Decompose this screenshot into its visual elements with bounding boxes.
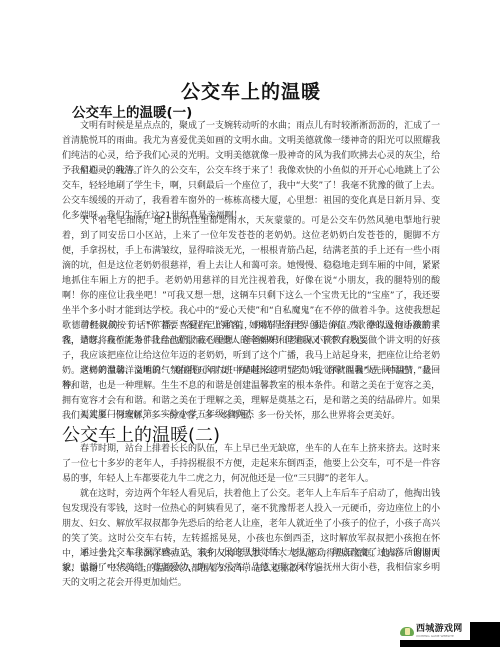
watermark-text: 西城游戏网 XICHENG GAME WEBSITE	[416, 624, 463, 638]
leaf-logo-icon	[400, 625, 414, 637]
paragraph-8: 通过坐公交车我深深感动了，家乡人民的思想觉悟大大提高了，彻底改变了过去落后的旧面…	[62, 546, 440, 591]
paragraph-text: 春节时期，站台上排着长长的队伍，车上早已坐无缺席，坐车的人在车上挤来挤去。这时来…	[62, 442, 440, 487]
document-title: 公交车上的温暖	[62, 77, 440, 104]
watermark-subtitle: XICHENG GAME WEBSITE	[416, 634, 463, 638]
black-bottom-bar	[400, 639, 500, 647]
section-heading-1: 公交车上的温暖(一)	[72, 101, 192, 121]
paragraph-6: 春节时期，站台上排着长长的队伍，车上早已坐无缺席，坐车的人在车上挤来挤去。这时来…	[62, 442, 440, 487]
author-signature: 福建厦门同安区第二实验小学五年级:詹英杰	[62, 409, 440, 421]
watermark-logo: 西城游戏网 XICHENG GAME WEBSITE	[400, 622, 470, 640]
signature-block: 福建厦门同安区第二实验小学五年级:詹英杰	[62, 409, 440, 421]
watermark-name: 西城游戏网	[416, 624, 463, 634]
paragraph-text: 通过坐公交车我深深感动了，家乡人民的思想觉悟大大提高了，彻底改变了过去落后的旧面…	[62, 546, 440, 591]
